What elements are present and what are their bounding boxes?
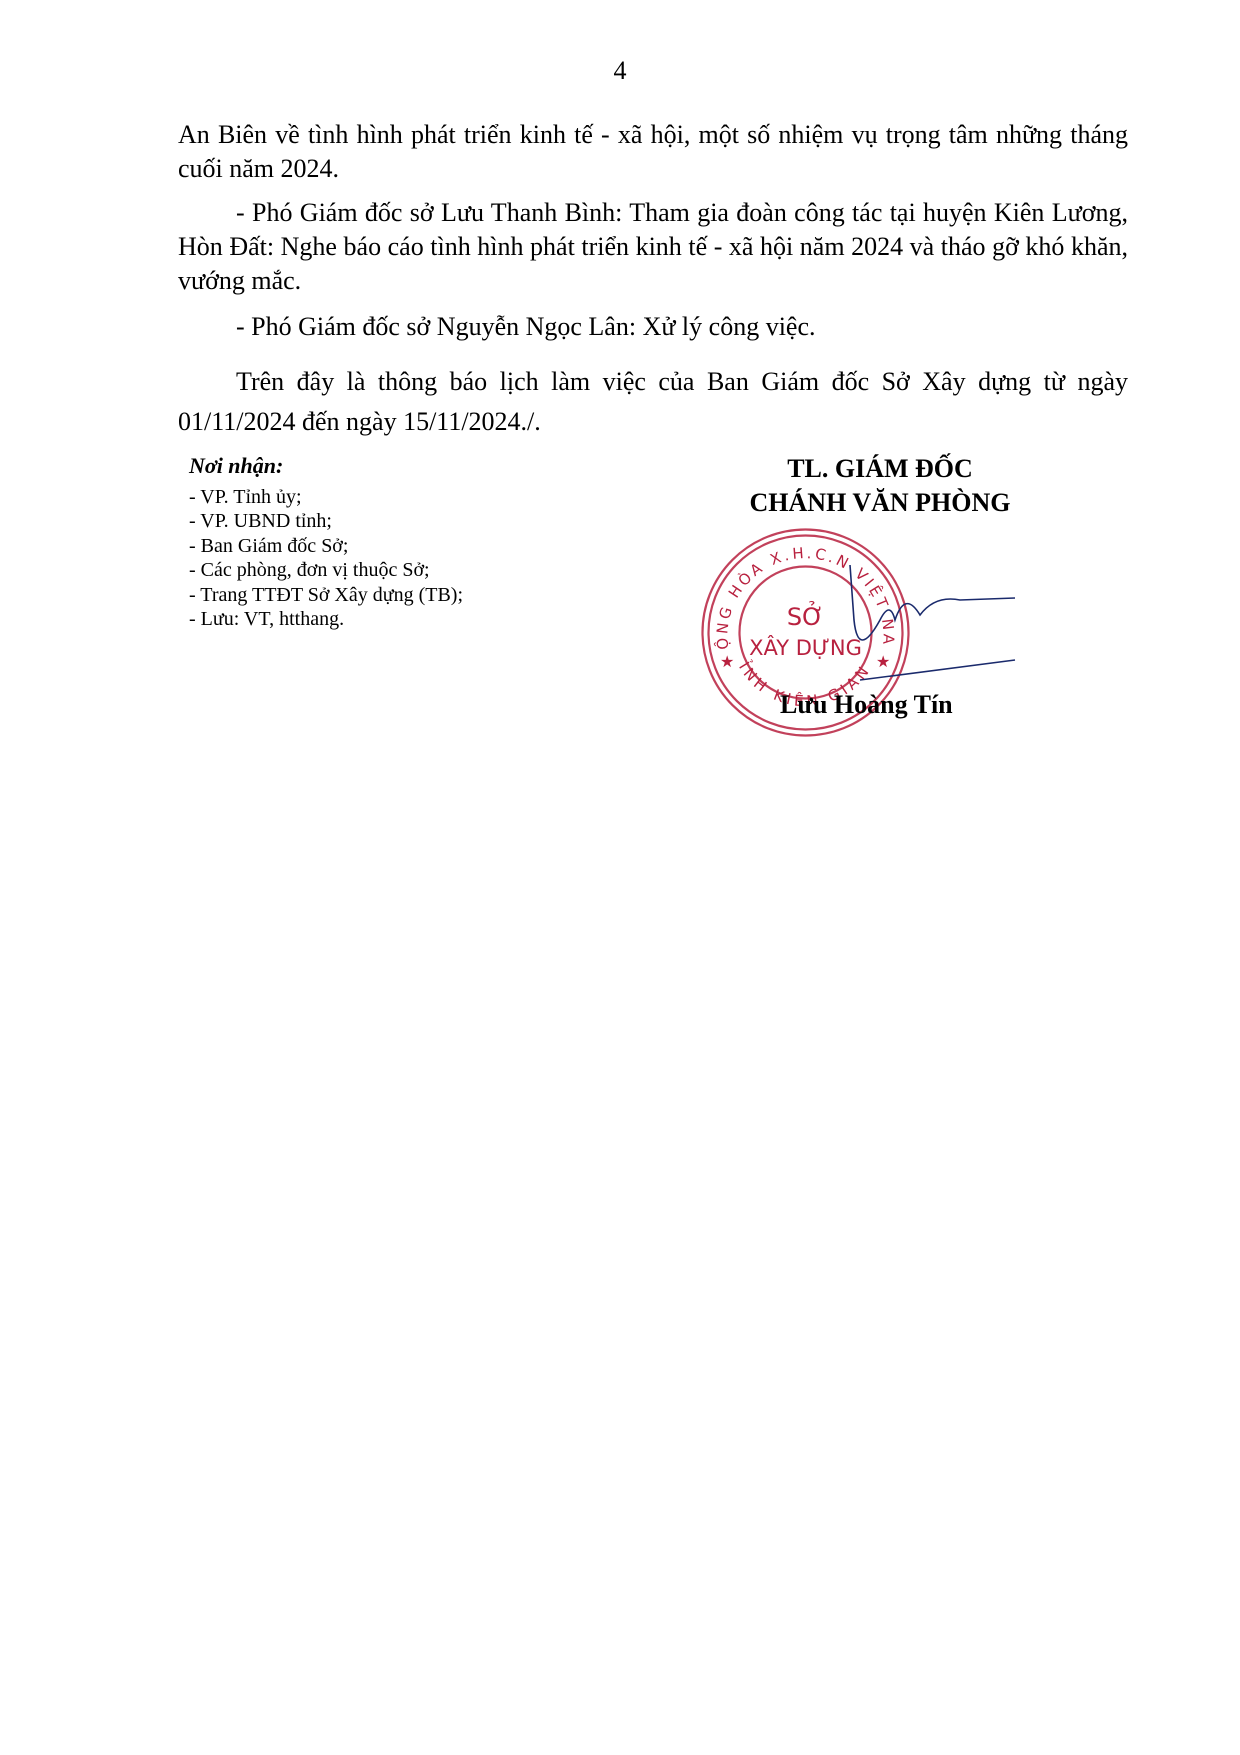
page-number: 4: [0, 56, 1240, 86]
paragraph-an-bien: An Biên về tình hình phát triển kinh tế …: [178, 118, 1128, 186]
handwritten-signature-icon: [840, 560, 1020, 690]
signer-name: Lưu Hoàng Tín: [780, 690, 953, 720]
recipient-item: - Trang TTĐT Sở Xây dựng (TB);: [189, 583, 463, 608]
signature-title-block: TL. GIÁM ĐỐC CHÁNH VĂN PHÒNG: [700, 452, 1060, 520]
paragraph-luu-thanh-binh: - Phó Giám đốc sở Lưu Thanh Bình: Tham g…: [178, 196, 1128, 298]
svg-text:★: ★: [720, 654, 734, 671]
recipient-item: - VP. UBND tỉnh;: [189, 509, 463, 534]
paragraph-closing: Trên đây là thông báo lịch làm việc của …: [178, 362, 1128, 442]
recipient-item: - Ban Giám đốc Sở;: [189, 534, 463, 559]
recipients-block: Nơi nhận: - VP. Tỉnh ủy; - VP. UBND tỉnh…: [189, 454, 463, 632]
recipient-item: - Các phòng, đơn vị thuộc Sở;: [189, 558, 463, 583]
recipients-title: Nơi nhận:: [189, 454, 463, 479]
paragraph-nguyen-ngoc-lan: - Phó Giám đốc sở Nguyễn Ngọc Lân: Xử lý…: [178, 310, 1128, 344]
recipient-item: - Lưu: VT, htthang.: [189, 607, 463, 632]
svg-text:SỞ: SỞ: [787, 600, 824, 631]
signature-title-line1: TL. GIÁM ĐỐC: [700, 452, 1060, 486]
signature-title-line2: CHÁNH VĂN PHÒNG: [700, 486, 1060, 520]
recipient-item: - VP. Tỉnh ủy;: [189, 485, 463, 510]
